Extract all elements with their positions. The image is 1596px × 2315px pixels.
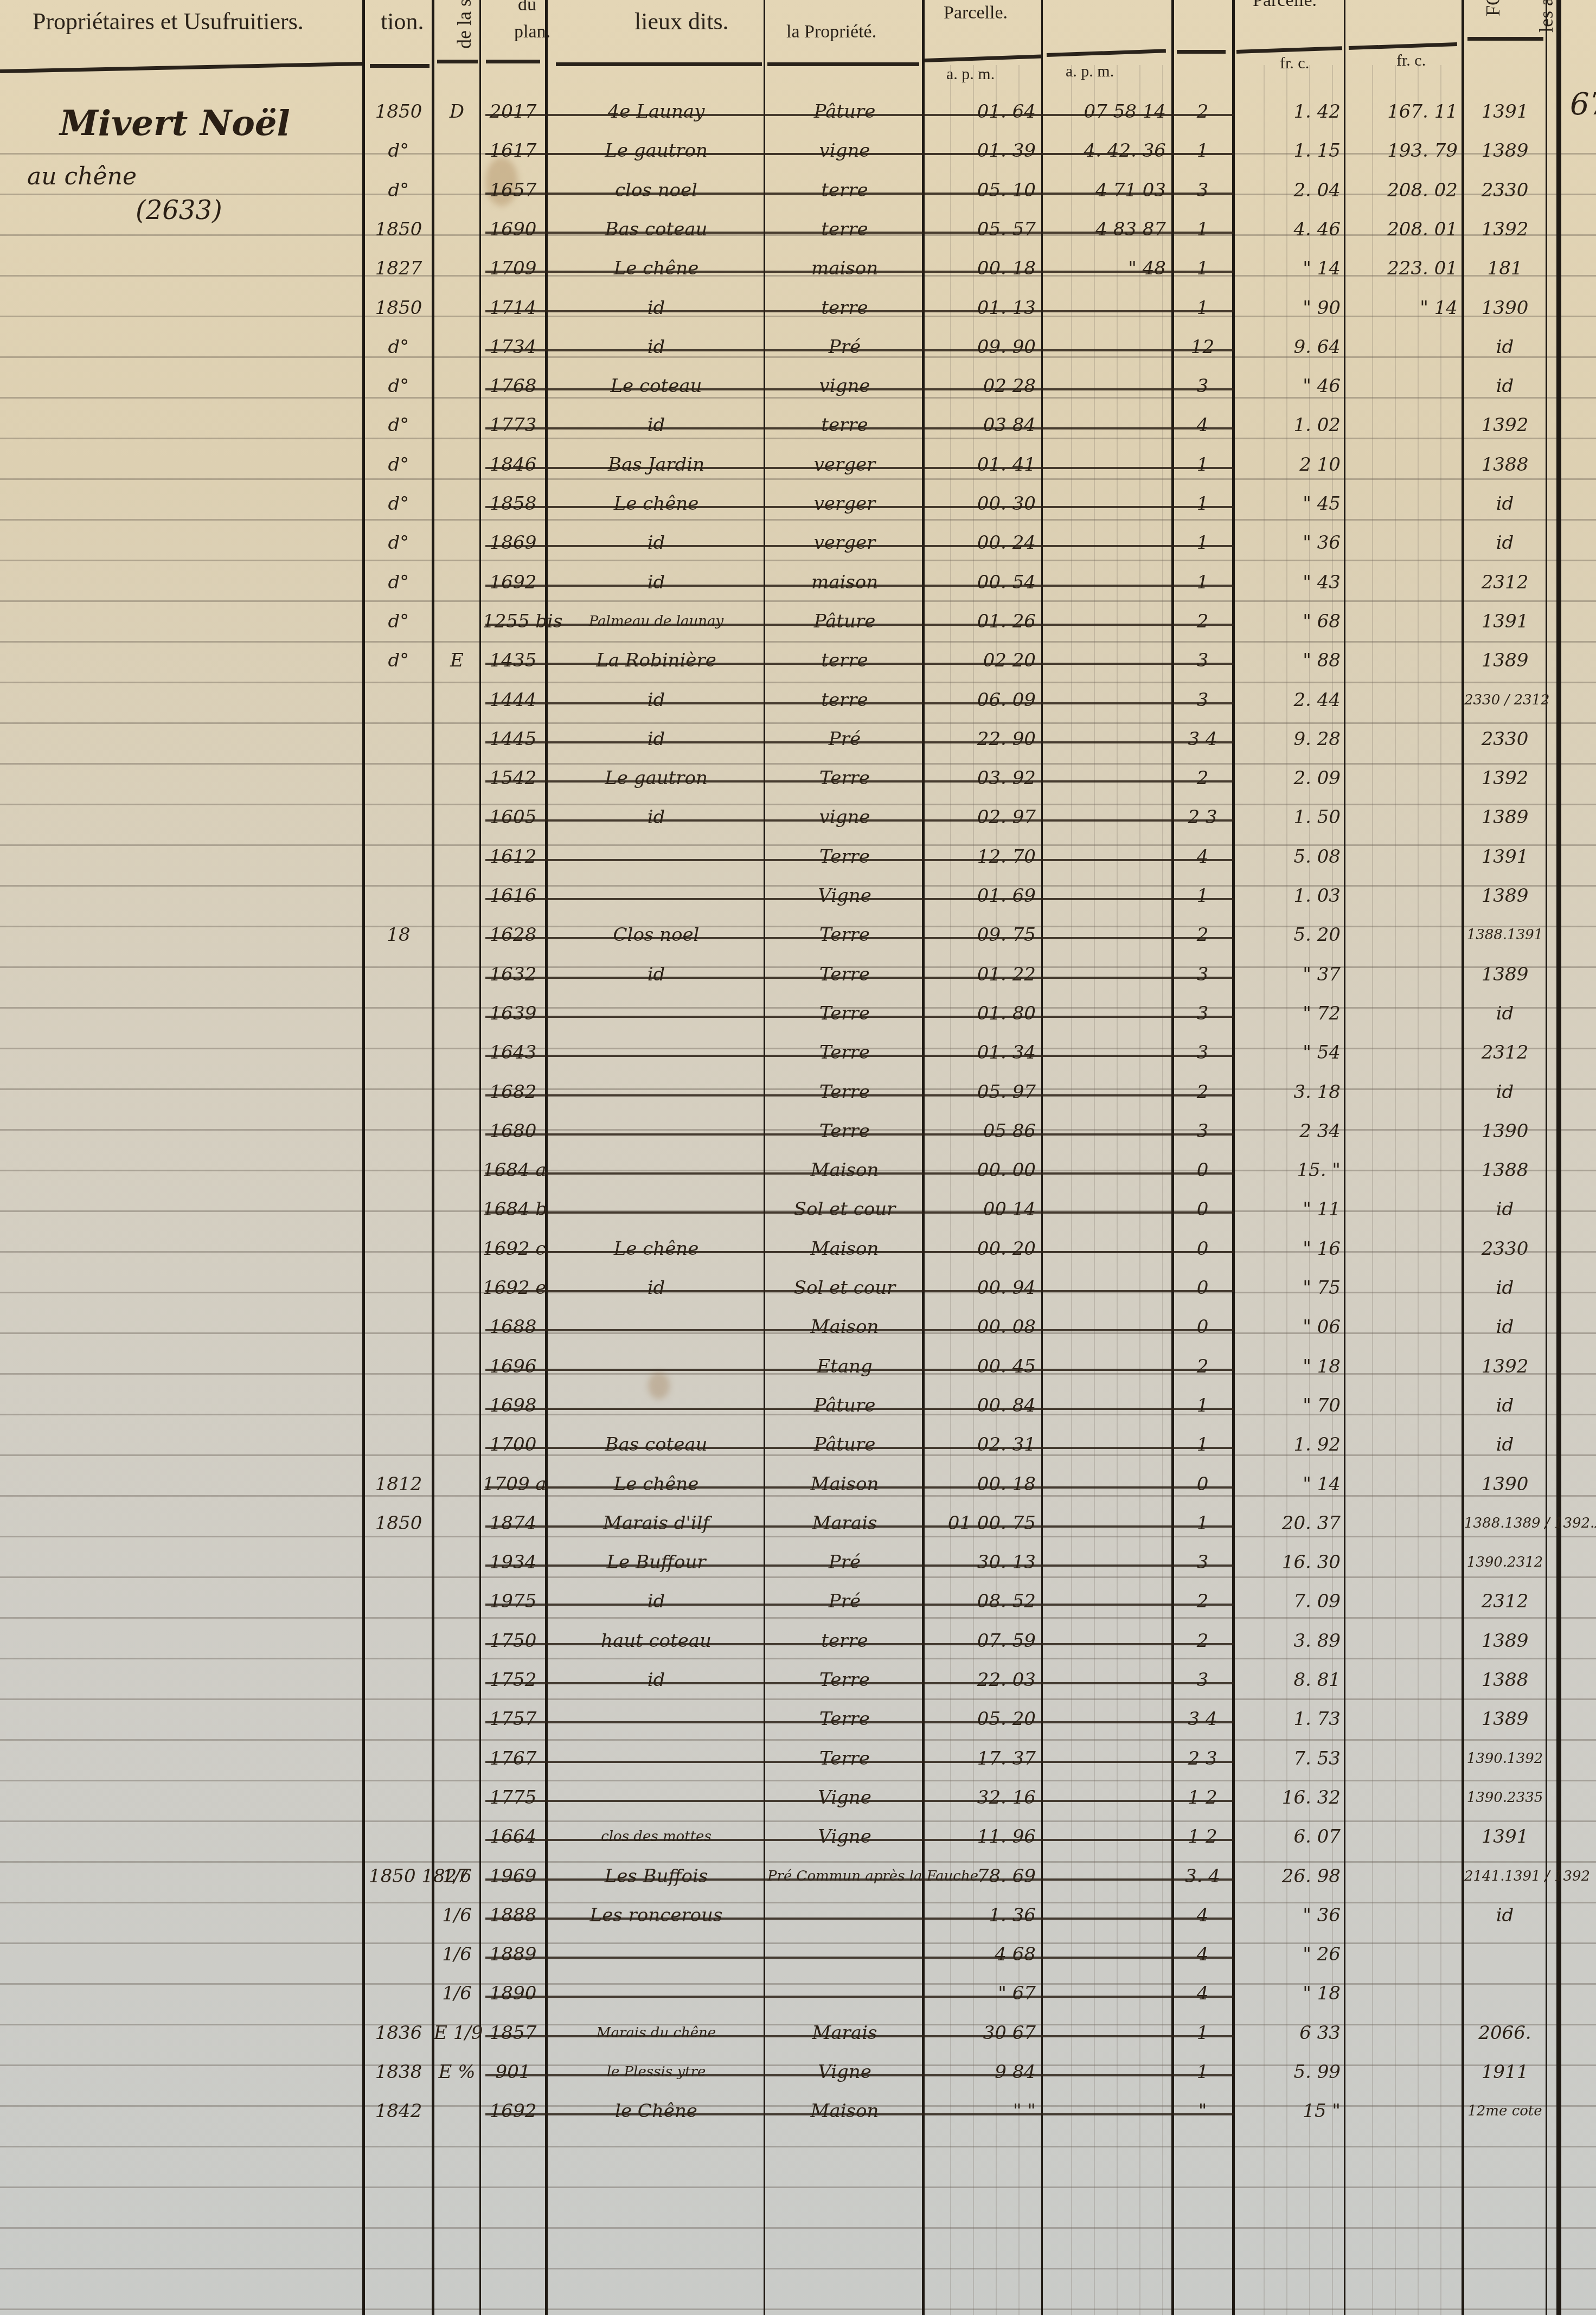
folio-cell: 2066. <box>1464 2013 1546 2053</box>
class-cell: 2 <box>1174 92 1231 131</box>
plan-number-cell: 1969 <box>483 1857 543 1896</box>
class-cell: 4 <box>1174 406 1231 445</box>
strikethrough-line <box>485 937 1234 939</box>
revenue-total-cell <box>1347 1073 1458 1112</box>
table-row: 18501874Marais d'ilfMarais01 00. 75120. … <box>0 1504 1596 1543</box>
folio-cell: id <box>1464 1073 1546 1112</box>
table-row: 1698Pâture00. 841" 70id <box>0 1386 1596 1425</box>
nature-cell: Pâture <box>767 602 922 641</box>
area-total-cell <box>1044 1543 1166 1582</box>
plan-number-cell: 1255 bis <box>483 602 543 641</box>
year-cell <box>369 798 428 837</box>
year-cell <box>369 1700 428 1739</box>
revenue-total-cell <box>1347 1974 1458 2013</box>
area-cell: 78. 69 <box>925 1857 1036 1896</box>
lieu-dit-cell <box>550 1112 762 1151</box>
table-row: 1684 aMaison00. 00015. "1388 <box>0 1151 1596 1190</box>
table-row: 1692 cLe chêneMaison00. 200" 162330 <box>0 1229 1596 1268</box>
plan-number-cell: 1698 <box>483 1386 543 1425</box>
revenue-total-cell <box>1347 1700 1458 1739</box>
class-cell: 2 <box>1174 1621 1231 1660</box>
revenue-total-cell <box>1347 328 1458 367</box>
class-cell: 1 <box>1174 288 1231 328</box>
strikethrough-line <box>485 1721 1234 1723</box>
revenue-total-cell <box>1347 484 1458 523</box>
year-cell: 1838 <box>369 2053 428 2092</box>
nature-cell: Sol et cour <box>767 1190 922 1229</box>
lieu-dit-cell: Les Buffois <box>550 1857 762 1896</box>
lieu-dit-cell: id <box>550 1582 762 1621</box>
section-cell <box>434 406 480 445</box>
section-cell <box>434 1465 480 1504</box>
table-row: 1682Terre05. 9723. 18id <box>0 1073 1596 1112</box>
table-row: 1767Terre17. 372 37. 531390.1392 <box>0 1739 1596 1778</box>
section-cell <box>434 1033 480 1072</box>
revenue-total-cell <box>1347 1857 1458 1896</box>
plan-number-cell: 1682 <box>483 1073 543 1112</box>
year-cell <box>369 1033 428 1072</box>
area-total-cell <box>1044 720 1166 759</box>
class-cell: 3 4 <box>1174 1700 1231 1739</box>
nature-cell: Vigne <box>767 1817 922 1856</box>
plan-number-cell: 1846 <box>483 445 543 484</box>
area-total-cell: 4. 42. 36 <box>1044 131 1166 170</box>
strikethrough-line <box>485 114 1234 116</box>
folio-cell: 1911 <box>1464 2053 1546 2092</box>
nature-cell: Pré <box>767 328 922 367</box>
header-rule <box>925 54 1041 62</box>
area-cell: 00. 24 <box>925 523 1036 562</box>
folio-cell: 1391 <box>1464 1817 1546 1856</box>
section-cell <box>434 2092 480 2131</box>
area-total-cell <box>1044 915 1166 954</box>
year-cell: d° <box>369 367 428 406</box>
strikethrough-line <box>485 585 1234 587</box>
table-row: 1542Le gautronTerre03. 9222. 091392 <box>0 759 1596 798</box>
table-row: d°1692idmaison00. 541" 432312 <box>0 563 1596 602</box>
table-row: d°E1435La Robinièreterre02 203" 881389 <box>0 641 1596 680</box>
lieu-dit-cell: La Robinière <box>550 641 762 680</box>
section-cell <box>434 328 480 367</box>
year-cell: d° <box>369 131 428 170</box>
revenue-total-cell <box>1347 994 1458 1033</box>
year-cell: 1850 <box>369 288 428 328</box>
strikethrough-line <box>485 859 1234 861</box>
revenue-cell: 7. 53 <box>1235 1739 1341 1778</box>
area-total-cell <box>1044 1268 1166 1307</box>
nature-cell: Pré <box>767 720 922 759</box>
area-cell: 01. 39 <box>925 131 1036 170</box>
class-cell: 1 <box>1174 249 1231 288</box>
strikethrough-line <box>485 780 1234 783</box>
revenue-total-cell <box>1347 1543 1458 1582</box>
class-cell: 3 <box>1174 367 1231 406</box>
revenue-total-cell <box>1347 1190 1458 1229</box>
class-cell: 4 <box>1174 837 1231 876</box>
revenue-total-cell <box>1347 1425 1458 1464</box>
class-cell: 0 <box>1174 1268 1231 1307</box>
area-cell: 01. 34 <box>925 1033 1036 1072</box>
folio-cell: 2312 <box>1464 1033 1546 1072</box>
section-cell <box>434 1190 480 1229</box>
lieu-dit-cell: haut coteau <box>550 1621 762 1660</box>
year-cell <box>369 837 428 876</box>
lieu-dit-cell: id <box>550 406 762 445</box>
folio-cell: 2330 <box>1464 1229 1546 1268</box>
plan-number-cell: 1692 c <box>483 1229 543 1268</box>
area-total-cell <box>1044 445 1166 484</box>
area-total-cell <box>1044 759 1166 798</box>
folio-cell: id <box>1464 1307 1546 1346</box>
area-total-cell <box>1044 1347 1166 1386</box>
nature-cell: terre <box>767 681 922 720</box>
year-cell <box>369 994 428 1033</box>
lieu-dit-cell <box>550 1347 762 1386</box>
table-row: 1664clos des mottesVigne11. 961 26. 0713… <box>0 1817 1596 1856</box>
area-cell: 01. 69 <box>925 876 1036 915</box>
nature-cell: Terre <box>767 1033 922 1072</box>
nature-cell: Pâture <box>767 92 922 131</box>
lieu-dit-cell <box>550 994 762 1033</box>
lieu-dit-cell: Bas Jardin <box>550 445 762 484</box>
header-revenue-parcel: Parcelle. <box>1253 0 1317 11</box>
table-row: 18121709 aLe chêneMaison00. 180" 141390 <box>0 1465 1596 1504</box>
strikethrough-line <box>485 1878 1234 1881</box>
lieu-dit-cell <box>550 837 762 876</box>
unit-frc-2: fr. c. <box>1396 52 1426 70</box>
table-row: d°1858Le chêneverger00. 301" 45id <box>0 484 1596 523</box>
area-total-cell <box>1044 484 1166 523</box>
area-cell: 05 86 <box>925 1112 1036 1151</box>
year-cell: d° <box>369 328 428 367</box>
plan-number-cell: 1934 <box>483 1543 543 1582</box>
revenue-cell: " 88 <box>1235 641 1341 680</box>
plan-number-cell: 1692 <box>483 563 543 602</box>
year-cell: d° <box>369 523 428 562</box>
area-total-cell <box>1044 1033 1166 1072</box>
year-cell <box>369 1151 428 1190</box>
area-total-cell <box>1044 1857 1166 1896</box>
plan-number-cell: 1628 <box>483 915 543 954</box>
folio-cell: 12me cote <box>1464 2092 1546 2131</box>
revenue-cell: 3. 89 <box>1235 1621 1341 1660</box>
area-total-cell <box>1044 955 1166 994</box>
unit-apm-2: a. p. m. <box>1066 62 1114 81</box>
table-row: 1445idPré22. 903 49. 282330 <box>0 720 1596 759</box>
section-cell <box>434 1151 480 1190</box>
strikethrough-line <box>485 2035 1234 2037</box>
plan-number-cell: 1890 <box>483 1974 543 2013</box>
strikethrough-line <box>485 310 1234 312</box>
revenue-cell: " 75 <box>1235 1268 1341 1307</box>
nature-cell: Maison <box>767 1229 922 1268</box>
nature-cell: Terre <box>767 1660 922 1700</box>
revenue-total-cell: 208. 01 <box>1347 210 1458 249</box>
plan-number-cell: 901 <box>483 2053 543 2092</box>
lieu-dit-cell: Le gautron <box>550 759 762 798</box>
class-cell: 1 <box>1174 1386 1231 1425</box>
area-cell: 4 68 <box>925 1935 1036 1974</box>
section-cell <box>434 915 480 954</box>
area-total-cell <box>1044 798 1166 837</box>
section-cell <box>434 1425 480 1464</box>
nature-cell: Marais <box>767 2013 922 2053</box>
section-cell: E % <box>434 2053 480 2092</box>
strikethrough-line <box>485 349 1234 351</box>
strikethrough-line <box>485 2113 1234 2115</box>
area-cell: 00. 54 <box>925 563 1036 602</box>
year-cell: d° <box>369 406 428 445</box>
section-cell: 1/6 <box>434 1974 480 2013</box>
area-cell: 01. 64 <box>925 92 1036 131</box>
section-cell <box>434 171 480 210</box>
area-total-cell <box>1044 2053 1166 2092</box>
strikethrough-line <box>485 1094 1234 1096</box>
strikethrough-line <box>485 1172 1234 1175</box>
area-cell: 00. 30 <box>925 484 1036 523</box>
table-row: 18501690Bas coteauterre05. 574 83 8714. … <box>0 210 1596 249</box>
section-cell <box>434 1229 480 1268</box>
area-cell: 00. 18 <box>925 1465 1036 1504</box>
year-cell: 1850 <box>369 1504 428 1543</box>
section-cell <box>434 955 480 994</box>
plan-number-cell: 1700 <box>483 1425 543 1464</box>
nature-cell: vigne <box>767 798 922 837</box>
revenue-cell: 2. 04 <box>1235 171 1341 210</box>
area-cell: 09. 90 <box>925 328 1036 367</box>
strikethrough-line <box>485 1016 1234 1018</box>
lieu-dit-cell: Marais du chêne <box>550 2013 762 2053</box>
lieu-dit-cell: Bas coteau <box>550 210 762 249</box>
lieu-dit-cell: id <box>550 681 762 720</box>
revenue-cell: 9. 28 <box>1235 720 1341 759</box>
lieu-dit-cell <box>550 1974 762 2013</box>
lieu-dit-cell <box>550 1073 762 1112</box>
table-row: d°1846Bas Jardinverger01. 4112 101388 <box>0 445 1596 484</box>
table-row: 18501714idterre01. 131" 90" 141390 <box>0 288 1596 328</box>
lieu-dit-cell: id <box>550 720 762 759</box>
nature-cell: Vigne <box>767 876 922 915</box>
revenue-cell: 20. 37 <box>1235 1504 1341 1543</box>
strikethrough-line <box>485 545 1234 547</box>
lieu-dit-cell: clos noel <box>550 171 762 210</box>
section-cell <box>434 563 480 602</box>
revenue-total-cell <box>1347 1112 1458 1151</box>
revenue-total-cell <box>1347 1268 1458 1307</box>
plan-number-cell: 1775 <box>483 1778 543 1817</box>
section-cell <box>434 1621 480 1660</box>
revenue-total-cell: 167. 11 <box>1347 92 1458 131</box>
table-row: 18271709Le chênemaison00. 18" 481" 14223… <box>0 249 1596 288</box>
strikethrough-line <box>485 1329 1234 1331</box>
section-cell <box>434 1543 480 1582</box>
section-cell: D <box>434 92 480 131</box>
plan-number-cell: 1692 <box>483 2092 543 2131</box>
nature-cell <box>767 1896 922 1935</box>
strikethrough-line <box>485 2074 1234 2076</box>
nature-cell: terre <box>767 1621 922 1660</box>
revenue-total-cell <box>1347 720 1458 759</box>
area-total-cell <box>1044 602 1166 641</box>
revenue-total-cell <box>1347 1151 1458 1190</box>
year-cell <box>369 681 428 720</box>
lieu-dit-cell: Les roncerous <box>550 1896 762 1935</box>
revenue-total-cell <box>1347 1229 1458 1268</box>
folio-cell: 1391 <box>1464 837 1546 876</box>
header-rule <box>1236 46 1342 54</box>
header-lieux-dits: lieux dits. <box>634 8 729 35</box>
revenue-cell: " 72 <box>1235 994 1341 1033</box>
area-total-cell <box>1044 1700 1166 1739</box>
area-cell: 08. 52 <box>925 1582 1036 1621</box>
year-cell: d° <box>369 602 428 641</box>
area-total-cell <box>1044 1465 1166 1504</box>
area-total-cell <box>1044 1073 1166 1112</box>
year-cell <box>369 1307 428 1346</box>
revenue-cell: 9. 64 <box>1235 328 1341 367</box>
folio-cell: id <box>1464 484 1546 523</box>
revenue-total-cell <box>1347 1033 1458 1072</box>
revenue-cell: 1. 73 <box>1235 1700 1341 1739</box>
year-cell <box>369 1974 428 2013</box>
class-cell: 1 <box>1174 2013 1231 2053</box>
area-cell: 9 84 <box>925 2053 1036 2092</box>
revenue-cell: 1. 15 <box>1235 131 1341 170</box>
table-row: 1680Terre05 8632 341390 <box>0 1112 1596 1151</box>
folio-cell: id <box>1464 1425 1546 1464</box>
plan-number-cell: 1664 <box>483 1817 543 1856</box>
area-cell: 02. 97 <box>925 798 1036 837</box>
lieu-dit-cell: 4e Launay <box>550 92 762 131</box>
class-cell: 3 <box>1174 681 1231 720</box>
plan-number-cell: 1696 <box>483 1347 543 1386</box>
lieu-dit-cell: id <box>550 798 762 837</box>
revenue-cell: 1. 50 <box>1235 798 1341 837</box>
class-cell: 1 <box>1174 1425 1231 1464</box>
folio-cell: 181 <box>1464 249 1546 288</box>
folio-cell: 1391 <box>1464 92 1546 131</box>
nature-cell: Vigne <box>767 2053 922 2092</box>
class-cell: 0 <box>1174 1151 1231 1190</box>
nature-cell: Etang <box>767 1347 922 1386</box>
year-cell <box>369 1347 428 1386</box>
strikethrough-line <box>485 1800 1234 1802</box>
strikethrough-line <box>485 1525 1234 1528</box>
section-cell <box>434 837 480 876</box>
year-cell <box>369 1778 428 1817</box>
class-cell: 1 2 <box>1174 1778 1231 1817</box>
nature-cell: Maison <box>767 2092 922 2131</box>
area-cell: " " <box>925 2092 1036 2131</box>
year-cell: 1850 <box>369 92 428 131</box>
revenue-cell: 6. 07 <box>1235 1817 1341 1856</box>
folio-cell <box>1464 1935 1546 1974</box>
area-cell: 11. 96 <box>925 1817 1036 1856</box>
area-total-cell <box>1044 1817 1166 1856</box>
folio-cell: 1388.1391 <box>1464 915 1546 954</box>
lieu-dit-cell: clos des mottes <box>550 1817 762 1856</box>
area-total-cell <box>1044 1778 1166 1817</box>
class-cell: 1 <box>1174 2053 1231 2092</box>
folio-cell: 1390.2312 <box>1464 1543 1546 1582</box>
class-cell: 12 <box>1174 328 1231 367</box>
area-total-cell <box>1044 1739 1166 1778</box>
section-cell <box>434 720 480 759</box>
year-cell: 1842 <box>369 2092 428 2131</box>
class-cell: 3 <box>1174 955 1231 994</box>
revenue-cell: " 37 <box>1235 955 1341 994</box>
area-total-cell: 4 71 03 <box>1044 171 1166 210</box>
revenue-total-cell <box>1347 1582 1458 1621</box>
table-row: 1612Terre12. 7045. 081391 <box>0 837 1596 876</box>
revenue-cell: 1. 92 <box>1235 1425 1341 1464</box>
revenue-cell: " 36 <box>1235 1896 1341 1935</box>
revenue-total-cell: " 14 <box>1347 288 1458 328</box>
area-cell: 01. 80 <box>925 994 1036 1033</box>
strikethrough-line <box>485 153 1234 155</box>
strikethrough-line <box>485 271 1234 273</box>
nature-cell: Pré <box>767 1543 922 1582</box>
year-cell <box>369 1896 428 1935</box>
revenue-cell: " 06 <box>1235 1307 1341 1346</box>
table-row: 1696Etang00. 452" 181392 <box>0 1347 1596 1386</box>
plan-number-cell: 1643 <box>483 1033 543 1072</box>
year-cell <box>369 1660 428 1700</box>
area-total-cell <box>1044 288 1166 328</box>
section-cell <box>434 1660 480 1700</box>
lieu-dit-cell: Le coteau <box>550 367 762 406</box>
revenue-cell: 5. 99 <box>1235 2053 1341 2092</box>
year-cell <box>369 1425 428 1464</box>
nature-cell: Terre <box>767 759 922 798</box>
revenue-total-cell <box>1347 563 1458 602</box>
area-cell: 01 00. 75 <box>925 1504 1036 1543</box>
table-row: 1688Maison00. 080" 06id <box>0 1307 1596 1346</box>
lieu-dit-cell <box>550 1386 762 1425</box>
nature-cell: Pâture <box>767 1386 922 1425</box>
nature-cell: Terre <box>767 1112 922 1151</box>
revenue-total-cell <box>1347 759 1458 798</box>
table-row: d°1734idPré09. 90129. 64id <box>0 328 1596 367</box>
header-rule <box>556 62 762 66</box>
plan-number-cell: 1692 e <box>483 1268 543 1307</box>
lieu-dit-cell <box>550 876 762 915</box>
strikethrough-line <box>485 427 1234 429</box>
year-cell <box>369 1386 428 1425</box>
revenue-total-cell <box>1347 1739 1458 1778</box>
header-area-parcel: Parcelle. <box>944 3 1008 23</box>
header-section: de la s <box>453 0 476 49</box>
table-row: 1684 bSol et cour00 140" 11id <box>0 1190 1596 1229</box>
table-row: 181628Clos noelTerre09. 7525. 201388.139… <box>0 915 1596 954</box>
strikethrough-line <box>485 1564 1234 1567</box>
revenue-cell: " 18 <box>1235 1974 1341 2013</box>
folio-cell: 1392 <box>1464 406 1546 445</box>
plan-number-cell: 1709 a <box>483 1465 543 1504</box>
strikethrough-line <box>485 1604 1234 1606</box>
section-cell <box>434 798 480 837</box>
area-total-cell <box>1044 1112 1166 1151</box>
area-cell: 00. 94 <box>925 1268 1036 1307</box>
area-total-cell <box>1044 2092 1166 2131</box>
revenue-cell: " 11 <box>1235 1190 1341 1229</box>
nature-cell: Pré <box>767 1582 922 1621</box>
area-total-cell <box>1044 994 1166 1033</box>
nature-cell <box>767 1935 922 1974</box>
folio-cell: id <box>1464 994 1546 1033</box>
revenue-total-cell <box>1347 1778 1458 1817</box>
revenue-cell: " 70 <box>1235 1386 1341 1425</box>
